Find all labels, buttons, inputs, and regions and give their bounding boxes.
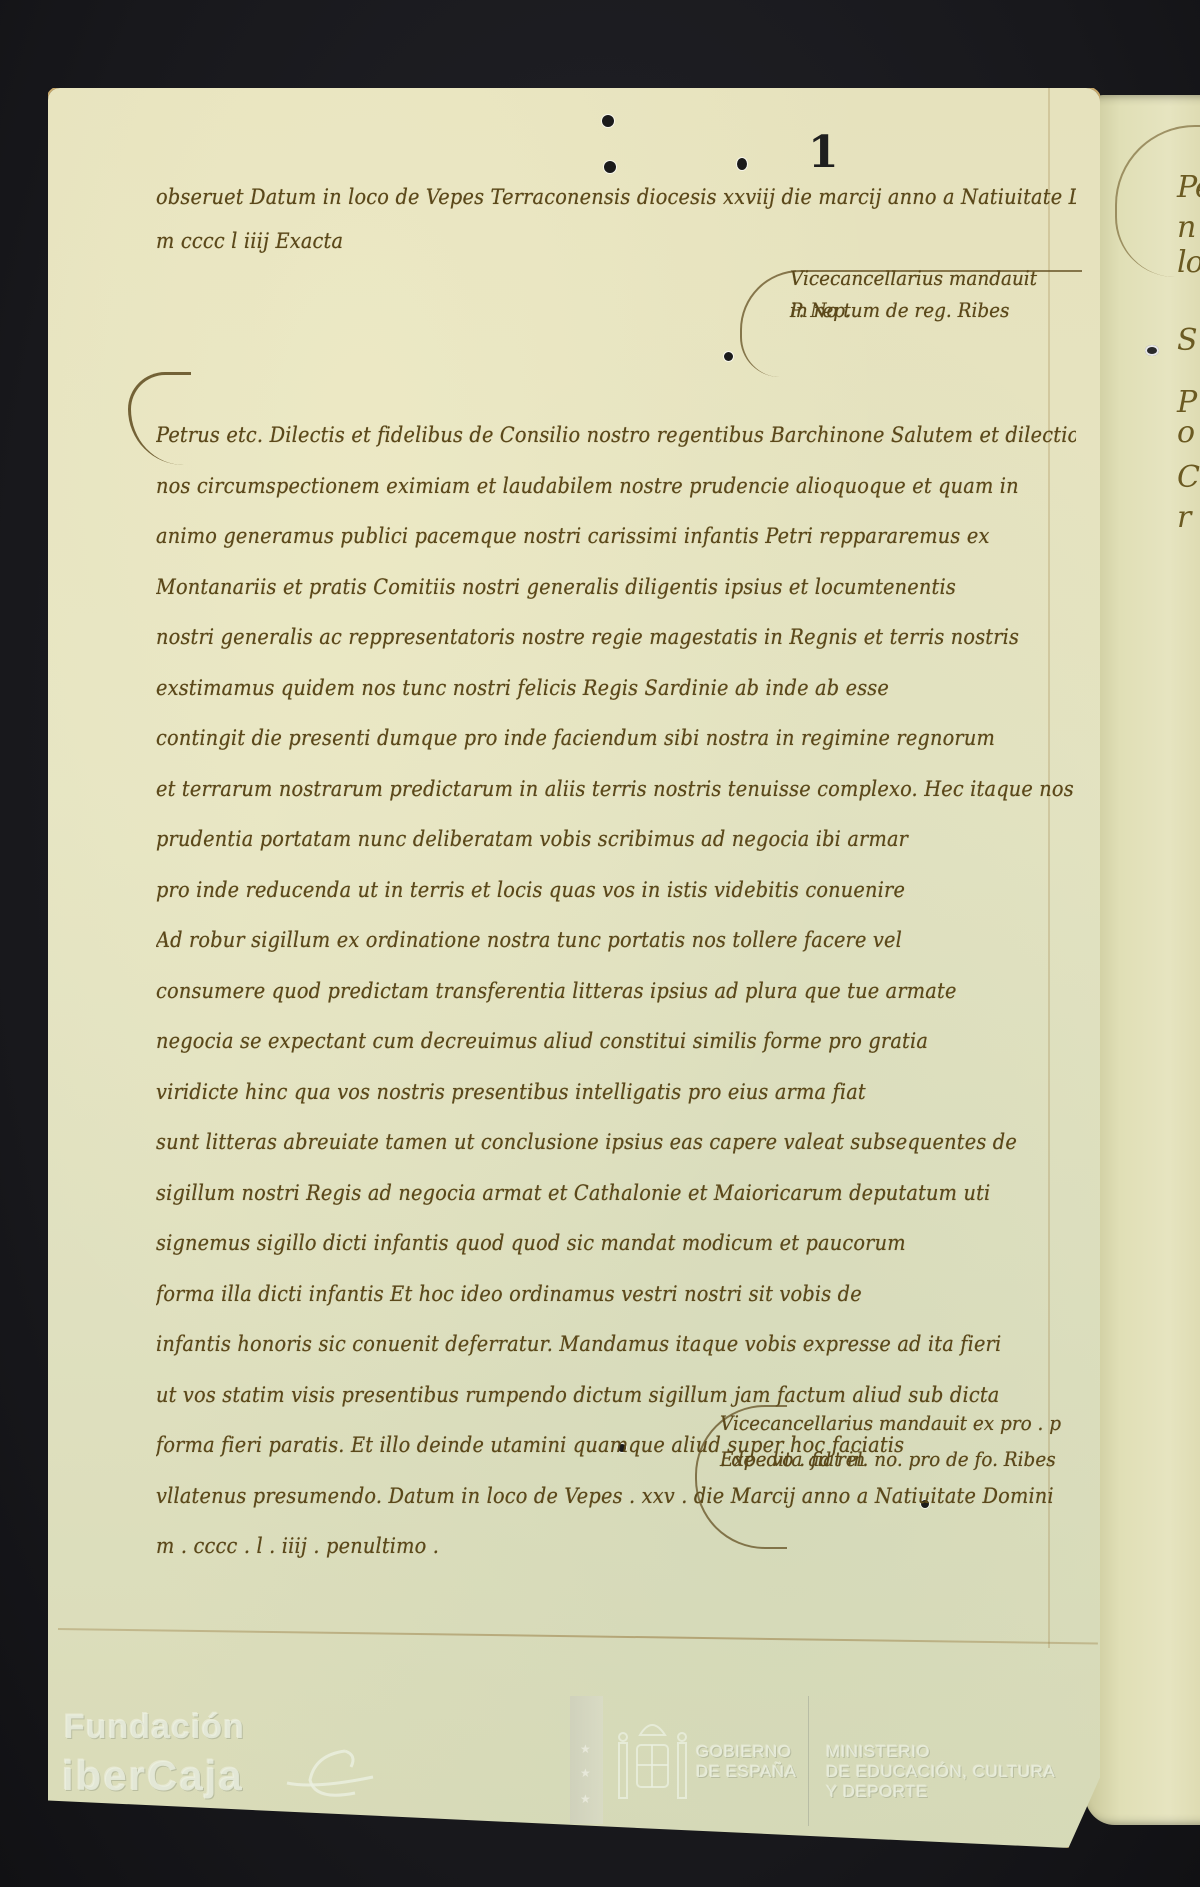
ibercaja-logo-icon <box>285 1745 375 1805</box>
gobierno-line: GOBIERNO <box>696 1742 797 1762</box>
ministerio-watermark: MINISTERIO DE EDUCACIÓN, CULTURA Y DEPOR… <box>826 1742 1055 1802</box>
ministerio-line: DE EDUCACIÓN, CULTURA <box>826 1762 1055 1782</box>
body-line: nostri generalis ac reppresentatoris nos… <box>156 612 1002 663</box>
watermark-divider <box>808 1696 809 1826</box>
adjacent-page-text: o <box>1177 415 1194 450</box>
header-line: m cccc l iiij Exacta <box>156 219 1002 263</box>
adjacent-page-text: Pe <box>1177 170 1200 205</box>
header-text: obseruet Datum in loco de Vepes Terracon… <box>156 175 1076 263</box>
fold-line <box>58 1628 1098 1645</box>
body-line: et terrarum nostrarum predictarum in ali… <box>156 764 1002 815</box>
adjacent-page-hole <box>1145 345 1159 356</box>
binding-hole <box>602 115 614 127</box>
adjacent-page-text: S <box>1177 323 1197 358</box>
body-line: m . cccc . l . iiij . penultimo . <box>156 1521 1002 1572</box>
body-text: Petrus etc. Dilectis et fidelibus de Con… <box>156 410 1076 1572</box>
body-line: sunt litteras abreuiate tamen ut conclus… <box>156 1117 1002 1168</box>
body-line: vllatenus presumendo. Datum in loco de V… <box>156 1471 1002 1522</box>
body-line: Montanariis et pratis Comitiis nostri ge… <box>156 562 1002 613</box>
binding-hole <box>724 352 733 361</box>
body-line: animo generamus publici pacemque nostri … <box>156 511 1002 562</box>
ministerio-line: Y DEPORTE <box>826 1782 1055 1802</box>
signature-line: Vicecancellarius mandauit ex pro . p . d… <box>720 1405 1070 1441</box>
body-line: viridicte hinc qua vos nostris presentib… <box>156 1067 1002 1118</box>
government-flag-bar: ★ ★ ★ <box>570 1696 603 1824</box>
body-line: prudentia portatam nunc deliberatam vobi… <box>156 814 1002 865</box>
body-line: consumere quod predictam transferentia l… <box>156 966 1002 1017</box>
gobierno-espana-watermark: GOBIERNO DE ESPAÑA <box>696 1742 797 1782</box>
body-line: signemus sigillo dicti infantis quod quo… <box>156 1218 1002 1269</box>
body-line: negocia se expectant cum decreuimus aliu… <box>156 1016 1002 1067</box>
adjacent-page-text: C <box>1177 460 1199 495</box>
body-line: pro inde reducenda ut in terris et locis… <box>156 865 1002 916</box>
star-icon: ★ <box>580 1766 591 1780</box>
body-line: infantis honoris sic conuenit deferratur… <box>156 1319 1002 1370</box>
ministerio-line: MINISTERIO <box>826 1742 1055 1762</box>
body-line: exstimamus quidem nos tunc nostri felici… <box>156 663 1002 714</box>
marginal-note: Vicecancellarius mandauit in rep. P. No … <box>790 262 1080 326</box>
body-line: contingit die presenti dumque pro inde f… <box>156 713 1002 764</box>
signature-line: Expedita ad rel. no. pro de fo. Ribes <box>720 1441 1070 1477</box>
marginal-note-line: P. No tum de reg. Ribes <box>790 294 1057 326</box>
adjacent-page-text: r <box>1177 500 1190 535</box>
ibercaja-watermark-line2: iberCaja <box>62 1752 244 1800</box>
body-line: forma illa dicti infantis Et hoc ideo or… <box>156 1269 1002 1320</box>
star-icon: ★ <box>580 1792 591 1806</box>
ibercaja-watermark-line1: Fundación <box>64 1708 245 1747</box>
coat-of-arms-icon <box>615 1715 690 1815</box>
gobierno-line: DE ESPAÑA <box>696 1762 797 1782</box>
chancery-signature: Vicecancellarius mandauit ex pro . p . d… <box>720 1405 1100 1477</box>
binding-hole <box>737 158 747 170</box>
body-line: nos circumspectionem eximiam et laudabil… <box>156 461 1002 512</box>
body-line: sigillum nostri Regis ad negocia armat e… <box>156 1168 1002 1219</box>
adjacent-page-text: lo <box>1177 245 1200 280</box>
star-icon: ★ <box>580 1742 591 1756</box>
folio-number: 1 <box>808 127 839 178</box>
header-line: obseruet Datum in loco de Vepes Terracon… <box>156 175 1002 219</box>
body-line: Petrus etc. Dilectis et fidelibus de Con… <box>156 410 1002 461</box>
marginal-note-line: Vicecancellarius mandauit in rep. <box>790 262 1057 294</box>
adjacent-page-text: n <box>1177 210 1195 245</box>
binding-hole <box>604 161 616 173</box>
adjacent-page: Pe n lo S P o C r <box>1085 95 1200 1825</box>
body-line: Ad robur sigillum ex ordinatione nostra … <box>156 915 1002 966</box>
